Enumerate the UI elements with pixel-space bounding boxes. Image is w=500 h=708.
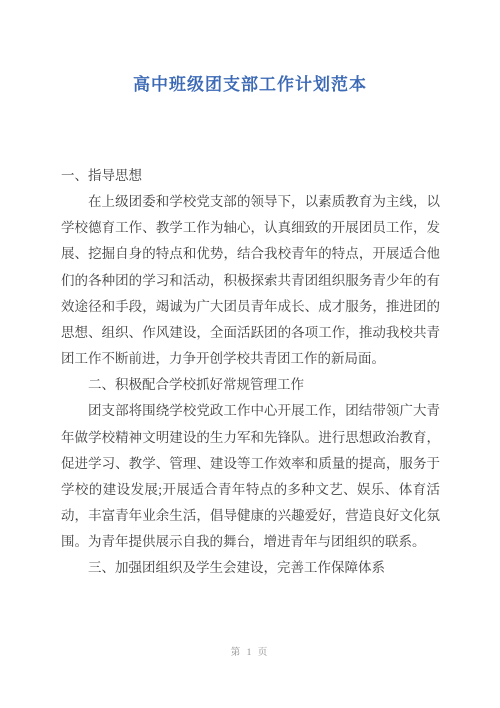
section-heading: 一、指导思想 [61,163,440,189]
body-paragraph: 在上级团委和学校党支部的领导下，以素质教育为主线，以学校德育工作、教学工作为轴心… [61,189,440,372]
section-heading: 二、积极配合学校抓好常规管理工作 [61,372,440,398]
section-heading: 三、加强团组织及学生会建设，完善工作保障体系 [61,555,440,581]
document-page: 高中班级团支部工作计划范本 一、指导思想在上级团委和学校党支部的领导下，以素质教… [0,0,500,708]
document-title: 高中班级团支部工作计划范本 [0,70,500,95]
document-body: 一、指导思想在上级团委和学校党支部的领导下，以素质教育为主线，以学校德育工作、教… [61,163,440,582]
body-paragraph: 团支部将围绕学校党政工作中心开展工作，团结带领广大青年做学校精神文明建设的生力军… [61,398,440,555]
page-number-footer: 第 1 页 [0,644,500,658]
